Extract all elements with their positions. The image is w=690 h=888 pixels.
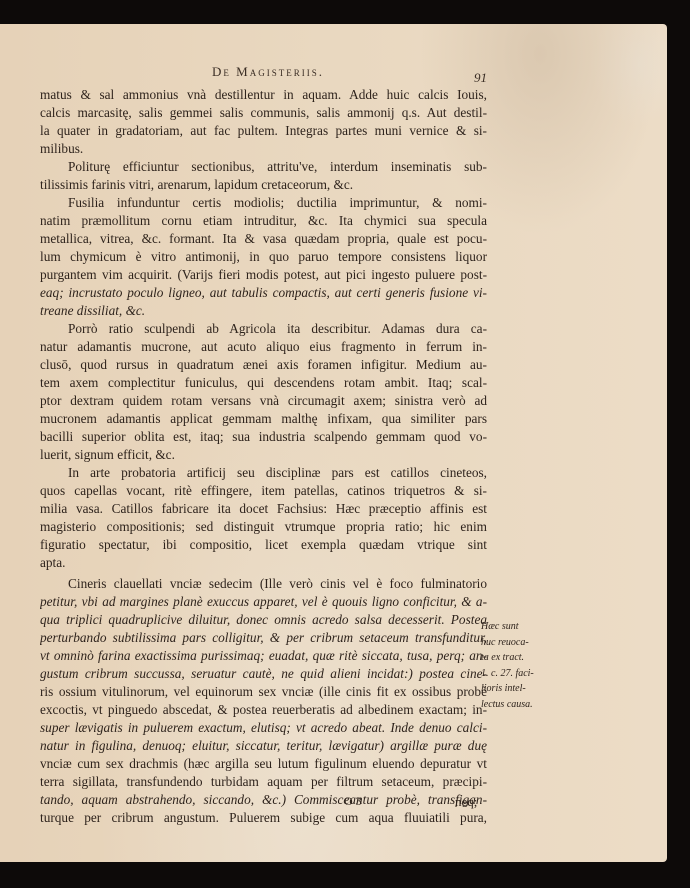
text-line: lum chymicum è vitro antimonij, in quo p… [40,248,487,266]
signature-mark: O 3 [344,794,362,809]
paragraph-start: Fusilia infunduntur certis modiolis; duc… [40,194,487,212]
text-line: milia vasa. Catillos fabricare ita docet… [40,500,487,518]
text-line: luerit, signum efficit, &c. [40,446,487,464]
paragraph-start: Porrò ratio sculpendi ab Agricola ita de… [40,320,487,338]
italic-line: tando, aquam abstrahendo, siccando, &c.)… [40,791,487,809]
text-line: figuratio spectatur, ibi compositio, lic… [40,536,487,554]
marginal-note-line: Hæc sunt [481,619,551,635]
paragraph-start: Politurę efficiuntur sectionibus, attrit… [40,158,487,176]
text-line: ptor dextram quidem rotam versans vnà ci… [40,392,487,410]
italic-line: qua triplici quadruplicive diluitur, don… [40,611,487,629]
italic-line: gustum cribrum succussa, seruatur cautè,… [40,665,487,683]
text-line: purgantem vim acquirit. (Varijs fieri mo… [40,266,487,284]
text-line: mucronem adamantis applicat gemmam malth… [40,410,487,428]
text-line: la quater in gradatoriam, aut fac pultem… [40,122,487,140]
marginal-note-line: ta ex tract. [481,650,551,666]
text-line: apta. [40,554,487,572]
text-line: bacilli superior oblita est, itaq; sua i… [40,428,487,446]
text-line: quos capellas vocant, ritè effingere, it… [40,482,487,500]
paragraph-start: In arte probatoria artificij seu discipl… [40,464,487,482]
text-line: tem axem complectitur funiculus, qui des… [40,374,487,392]
running-title: De Magisteriis. [212,64,324,80]
text-line: matus & sal ammonius vnà destillentur in… [40,86,487,104]
paragraph-start: Cineris clauellati vnciæ sedecim (Ille v… [40,575,487,593]
marginal-note-line: lioris intel- [481,681,551,697]
italic-line: treane dissiliat, &c. [40,302,487,320]
italic-line: perturbando subtilissima pars colligitur… [40,629,487,647]
text-line: tilissimis farinis vitri, arenarum, lapi… [40,176,487,194]
marginal-note-line: 1. c. 27. faci- [481,666,551,682]
text-line: natim præmollitum cornu etiam intruditur… [40,212,487,230]
text-line: clusō, quod rursus in quadratum ænei axi… [40,356,487,374]
text-line: natur adamantis mucrone, aut acuto aliqu… [40,338,487,356]
text-line: ris ossium vitulinorum, vel equinorum se… [40,683,487,701]
text-line: terra sigillata, transfundendo turbidam … [40,773,487,791]
marginal-note-line: lectus causa. [481,697,551,713]
text-line: vnciæ cum sex drachmis (hæc argilla seu … [40,755,487,773]
book-page: De Magisteriis. 91 matus & sal ammonius … [0,24,667,862]
text-line: magisterio compositionis; sed distinguit… [40,518,487,536]
catchword: neq; [455,794,477,810]
text-line: milibus. [40,140,487,158]
italic-line: super lævigatis in puluerem exactum, elu… [40,719,487,737]
text-line: excoctis, vt pinguedo abscedat, & postea… [40,701,487,719]
text-line: calcis marcasitę, salis gemmei salis com… [40,104,487,122]
italic-line: natur in figulina, denuoq; eluitur, sicc… [40,737,487,755]
marginal-note-line: huc reuoca- [481,635,551,651]
italic-line: petitur, vbi ad margines planè exuccus a… [40,593,487,611]
marginal-note: Hæc sunt huc reuoca- ta ex tract. 1. c. … [481,619,551,712]
page-body-text: matus & sal ammonius vnà destillentur in… [40,86,487,827]
text-line: metallica, vitrea, &c. formant. Ita & va… [40,230,487,248]
italic-line: eaq; incrustato poculo ligneo, aut tabul… [40,284,487,302]
text-line: turque per cribrum angustum. Puluerem su… [40,809,487,827]
page-number: 91 [474,70,487,86]
italic-line: vt omninò farina exactissima purissimaq;… [40,647,487,665]
